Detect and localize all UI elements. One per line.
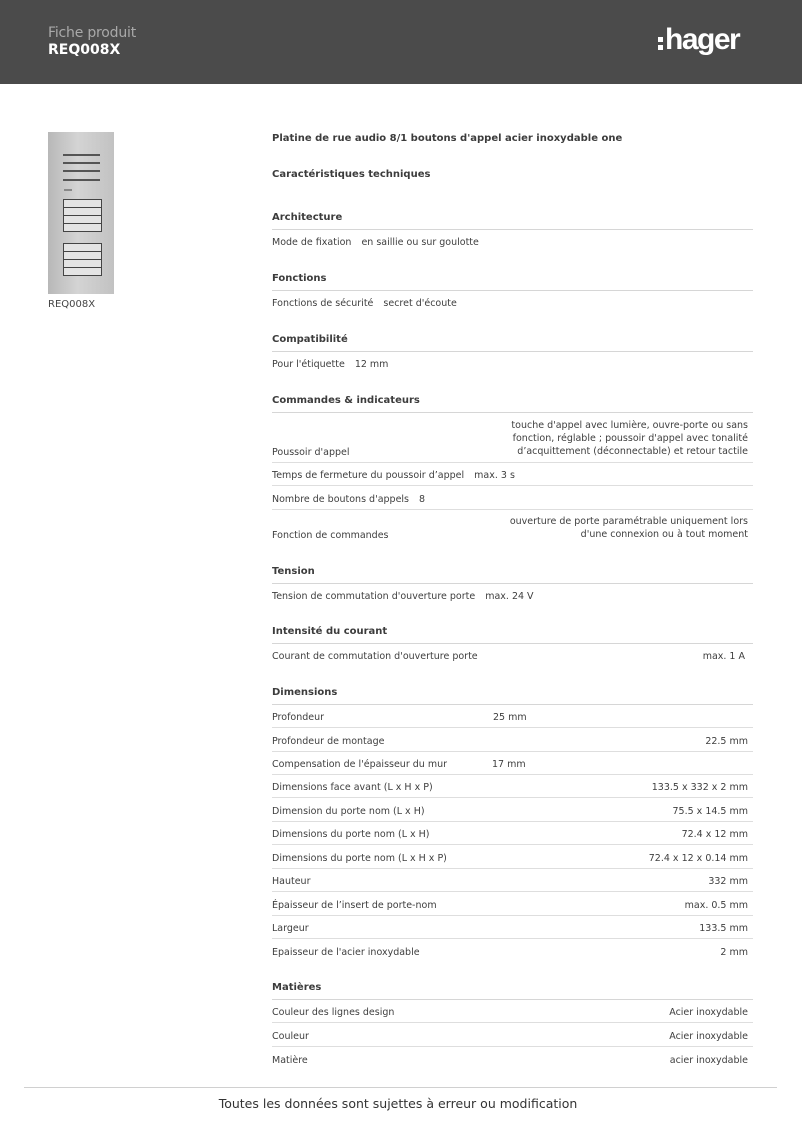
- spec-row: Fonctions de sécurité secret d'écoute: [272, 291, 753, 313]
- spec-value: 17 mm: [492, 759, 526, 770]
- product-title: Platine de rue audio 8/1 boutons d'appel…: [272, 133, 622, 144]
- spec-row: Hauteur 332 mm: [272, 869, 753, 892]
- spec-key: Profondeur: [272, 712, 324, 723]
- spec-row: Pour l'étiquette 12 mm: [272, 352, 753, 374]
- spec-value: 25 mm: [493, 712, 527, 723]
- spec-value: secret d'écoute: [383, 298, 456, 309]
- spec-subtitle: Caractéristiques techniques: [272, 169, 430, 180]
- spec-value: 72.4 x 12 x 0.14 mm: [649, 853, 748, 864]
- product-code-header: REQ008X: [48, 42, 120, 58]
- spec-key: Épaisseur de l’insert de porte-nom: [272, 900, 437, 911]
- spec-key: Courant de commutation d'ouverture porte: [272, 651, 478, 662]
- spec-row: Profondeur 25 mm: [272, 705, 753, 728]
- section-heading: Architecture: [272, 210, 753, 230]
- spec-key: Compensation de l'épaisseur du mur: [272, 759, 447, 770]
- spec-row: Mode de fixation en saillie ou sur goulo…: [272, 230, 753, 252]
- spec-key: Profondeur de montage: [272, 736, 384, 747]
- spec-row: Epaisseur de l'acier inoxydable 2 mm: [272, 939, 753, 962]
- spec-row: Couleur des lignes design Acier inoxydab…: [272, 1000, 753, 1023]
- spec-value: acier inoxydable: [670, 1055, 748, 1066]
- spec-value: en saillie ou sur goulotte: [361, 237, 478, 248]
- document-type-label: Fiche produit: [48, 25, 136, 41]
- logo-text: hager: [665, 23, 739, 57]
- spec-value: 75.5 x 14.5 mm: [673, 806, 749, 817]
- spec-value: 22.5 mm: [705, 736, 748, 747]
- spec-value: max. 3 s: [474, 470, 515, 481]
- section-architecture: Architecture Mode de fixation en saillie…: [272, 210, 753, 252]
- spec-row: Dimension du porte nom (L x H) 75.5 x 14…: [272, 798, 753, 822]
- spec-value: max. 1 A: [703, 651, 745, 662]
- spec-key: Dimension du porte nom (L x H): [272, 806, 425, 817]
- spec-key: Fonctions de sécurité: [272, 298, 373, 309]
- spec-row: Matière acier inoxydable: [272, 1047, 753, 1070]
- logo-colon-icon: [658, 35, 663, 51]
- section-heading: Matières: [272, 980, 753, 1000]
- spec-key: Temps de fermeture du poussoir d’appel: [272, 470, 464, 481]
- section-heading: Tension: [272, 564, 753, 584]
- spec-row: Tension de commutation d'ouverture porte…: [272, 584, 753, 606]
- spec-row: Courant de commutation d'ouverture porte…: [272, 644, 753, 666]
- spec-row: Dimensions du porte nom (L x H x P) 72.4…: [272, 845, 753, 869]
- page-header: Fiche produit REQ008X hager: [0, 0, 802, 84]
- door-intercom-panel-image: [48, 132, 114, 294]
- spec-row: Compensation de l'épaisseur du mur 17 mm: [272, 752, 753, 775]
- section-heading: Dimensions: [272, 685, 753, 705]
- hager-logo: hager: [658, 22, 739, 58]
- section-compatibilite: Compatibilité Pour l'étiquette 12 mm: [272, 332, 753, 374]
- spec-value: 8: [419, 494, 425, 505]
- spec-value: 332 mm: [708, 876, 748, 887]
- spec-row: Fonction de commandes ouverture de porte…: [272, 510, 753, 545]
- spec-key: Poussoir d'appel: [272, 447, 350, 458]
- spec-value: 2 mm: [720, 947, 748, 958]
- section-heading: Intensité du courant: [272, 624, 753, 644]
- spec-key: Tension de commutation d'ouverture porte: [272, 591, 475, 602]
- section-intensite-courant: Intensité du courant Courant de commutat…: [272, 624, 753, 666]
- spec-row: Dimensions face avant (L x H x P) 133.5 …: [272, 775, 753, 798]
- section-dimensions: Dimensions Profondeur 25 mm Profondeur d…: [272, 685, 753, 962]
- spec-row: Profondeur de montage 22.5 mm: [272, 728, 753, 752]
- section-heading: Compatibilité: [272, 332, 753, 352]
- spec-value: 12 mm: [355, 359, 389, 370]
- section-commandes-indicateurs: Commandes & indicateurs Poussoir d'appel…: [272, 393, 753, 545]
- spec-row: Poussoir d'appel touche d'appel avec lum…: [272, 413, 753, 463]
- spec-value: 133.5 x 332 x 2 mm: [652, 782, 748, 793]
- spec-key: Dimensions face avant (L x H x P): [272, 782, 433, 793]
- spec-key: Dimensions du porte nom (L x H x P): [272, 853, 447, 864]
- section-matieres: Matières Couleur des lignes design Acier…: [272, 980, 753, 1070]
- spec-key: Matière: [272, 1055, 308, 1066]
- section-heading: Commandes & indicateurs: [272, 393, 753, 413]
- spec-key: Largeur: [272, 923, 309, 934]
- spec-value: touche d'appel avec lumière, ouvre-porte…: [488, 419, 748, 458]
- spec-row: Nombre de boutons d'appels 8: [272, 486, 753, 510]
- section-tension: Tension Tension de commutation d'ouvertu…: [272, 564, 753, 606]
- spec-value: 72.4 x 12 mm: [682, 829, 748, 840]
- spec-value: 133.5 mm: [699, 923, 748, 934]
- spec-value: ouverture de porte paramétrable uniqueme…: [488, 515, 748, 541]
- spec-key: Couleur des lignes design: [272, 1007, 394, 1018]
- product-image-caption: REQ008X: [48, 299, 95, 310]
- spec-value: max. 0.5 mm: [685, 900, 748, 911]
- footer-divider: [24, 1087, 777, 1088]
- spec-row: Épaisseur de l’insert de porte-nom max. …: [272, 892, 753, 916]
- spec-row: Temps de fermeture du poussoir d’appel m…: [272, 463, 753, 486]
- spec-key: Mode de fixation: [272, 237, 351, 248]
- section-heading: Fonctions: [272, 271, 753, 291]
- spec-key: Dimensions du porte nom (L x H): [272, 829, 430, 840]
- footer-disclaimer: Toutes les données sont sujettes à erreu…: [0, 1096, 796, 1111]
- spec-row: Largeur 133.5 mm: [272, 916, 753, 939]
- spec-key: Pour l'étiquette: [272, 359, 345, 370]
- spec-key: Epaisseur de l'acier inoxydable: [272, 947, 420, 958]
- section-fonctions: Fonctions Fonctions de sécurité secret d…: [272, 271, 753, 313]
- spec-key: Nombre de boutons d'appels: [272, 494, 409, 505]
- spec-key: Hauteur: [272, 876, 310, 887]
- spec-value: Acier inoxydable: [669, 1031, 748, 1042]
- spec-key: Fonction de commandes: [272, 530, 389, 541]
- spec-key: Couleur: [272, 1031, 309, 1042]
- spec-row: Couleur Acier inoxydable: [272, 1023, 753, 1047]
- spec-value: Acier inoxydable: [669, 1007, 748, 1018]
- spec-row: Dimensions du porte nom (L x H) 72.4 x 1…: [272, 822, 753, 845]
- spec-value: max. 24 V: [485, 591, 533, 602]
